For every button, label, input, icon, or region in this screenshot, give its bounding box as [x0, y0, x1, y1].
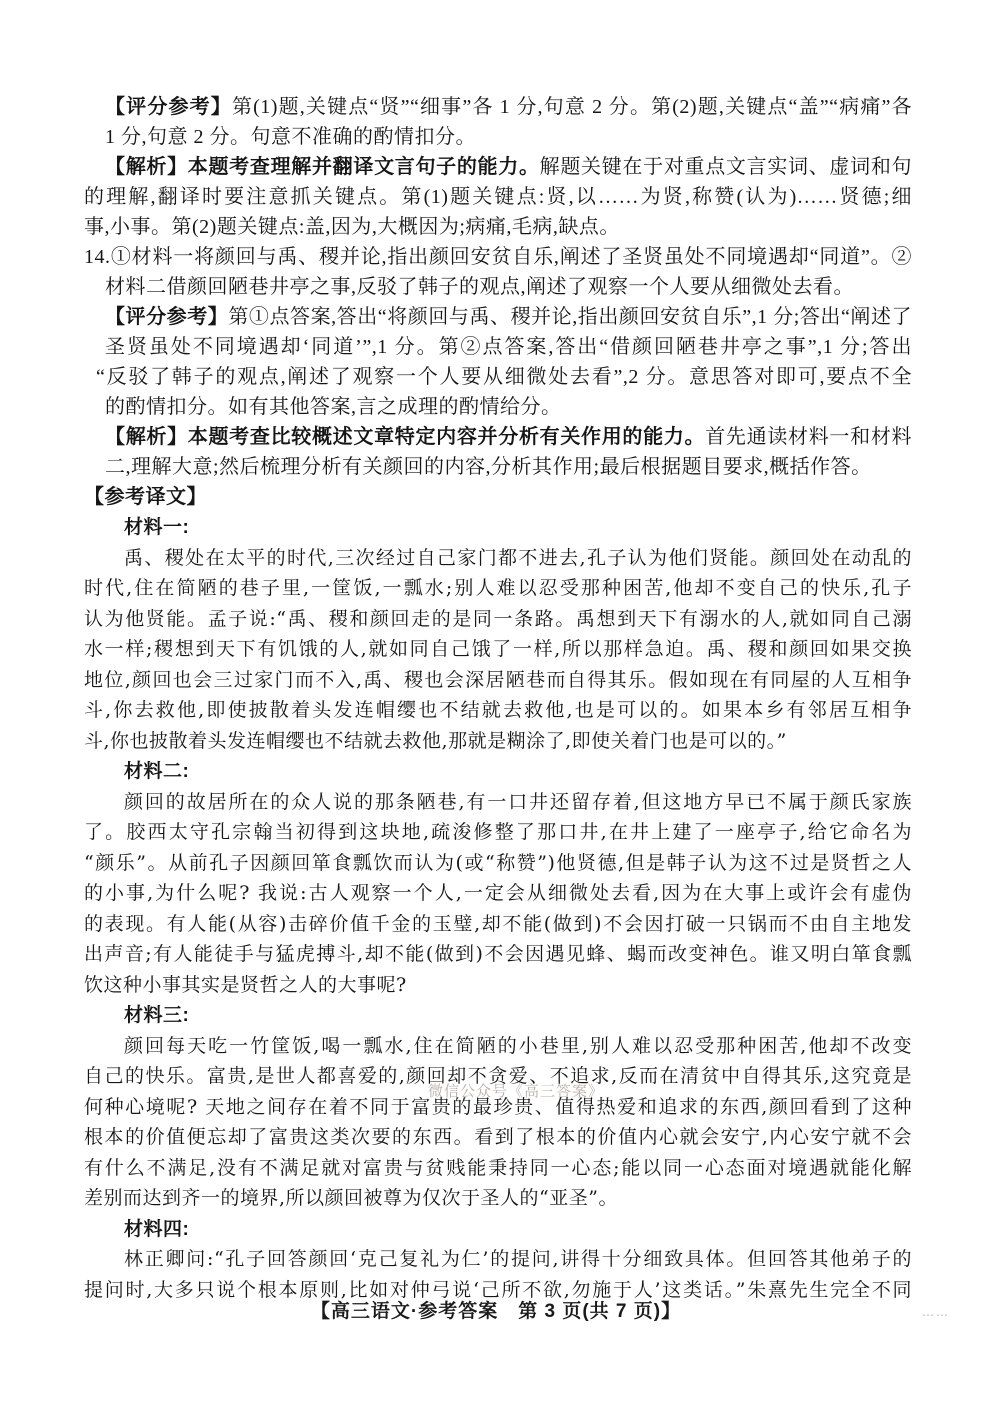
text-line: 的酌情扣分。如有其他答案,言之成理的酌情给分。 — [105, 392, 912, 422]
text-line: 的小事,为什么呢? 我说:古人观察一个人,一定会从细微处去看,因为在大事上或许会… — [84, 878, 912, 909]
text-line: 【解析】本题考查比较概述文章特定内容并分析有关作用的能力。首先通读材料一和材料 — [105, 422, 912, 452]
material-3-translation: 材料三:颜回每天吃一竹筐饭,喝一瓢水,住在简陋的小巷里,别人难以忍受那种困苦,他… — [84, 1000, 912, 1214]
text-line: 【评分参考】第①点答案,答出“将颜回与禹、稷并论,指出颜回安贫自乐”,1 分;答… — [105, 302, 912, 332]
bold-label: 【解析】本题考查比较概述文章特定内容并分析有关作用的能力。 — [105, 426, 705, 448]
bold-label: 材料三: — [124, 1005, 189, 1026]
document-page: 【评分参考】第(1)题,关键点“贤”“细事”各 1 分,句意 2 分。第(2)题… — [0, 0, 992, 1402]
q13-analysis: 【解析】本题考查理解并翻译文言句子的能力。解题关键在于对重点文言实词、虚词和句式… — [84, 152, 912, 242]
text-line: 认为他贤能。孟子说:“禹、稷和颜回走的是同一条路。禹想到天下有溺水的人,就如同自… — [84, 604, 912, 635]
text-run: 出声音;有人能徒手与猛虎搏斗,却不能(做到)不会因遇见蜂、蝎而改变神色。谁又明白… — [84, 943, 912, 965]
text-line: 出声音;有人能徒手与猛虎搏斗,却不能(做到)不会因遇见蜂、蝎而改变神色。谁又明白… — [84, 939, 912, 970]
text-run: 饮这种小事其实是贤哲之人的大事呢? — [84, 974, 407, 996]
material-2-translation: 材料二:颜回的故居所在的众人说的那条陋巷,有一口井还留存着,但这地方早已不属于颜… — [84, 756, 912, 1000]
bold-label: 材料二: — [124, 761, 189, 782]
text-run: 首先通读材料一和材料 — [705, 426, 912, 448]
text-run: 颜回每天吃一竹筐饭,喝一瓢水,住在简陋的小巷里,别人难以忍受那种困苦,他却不改变 — [124, 1035, 912, 1057]
text-run: 根本的价值便忘却了富贵这类次要的东西。看到了根本的价值内心就会安宁,内心安宁就不… — [84, 1126, 912, 1148]
text-run: 水一样;稷想到天下有饥饿的人,就如同自己饿了一样,所以那样急迫。禹、稷和颜回如果… — [84, 638, 912, 660]
text-run: 颜回的故居所在的众人说的那条陋巷,有一口井还留存着,但这地方早已不属于颜氏家族 — [124, 791, 912, 813]
text-run: 材料二借颜回陋巷井亭之事,反驳了韩子的观点,阐述了观察一个人要从细微处去看。 — [105, 276, 854, 298]
text-line: 1 分,句意 2 分。句意不准确的酌情扣分。 — [105, 122, 912, 152]
text-line: 根本的价值便忘却了富贵这类次要的东西。看到了根本的价值内心就会安宁,内心安宁就不… — [84, 1122, 912, 1153]
text-line: 地位,颜回也会三过家门而不入,禹、稷也会深居陋巷而自得其乐。假如现在有同屋的人互… — [84, 665, 912, 696]
text-line: 颜回每天吃一竹筐饭,喝一瓢水,住在简陋的小巷里,别人难以忍受那种困苦,他却不改变 — [84, 1031, 912, 1062]
text-line: 水一样;稷想到天下有饥饿的人,就如同自己饿了一样,所以那样急迫。禹、稷和颜回如果… — [84, 634, 912, 665]
bold-label: 材料一: — [124, 517, 189, 538]
text-run: 林正卿问:“孔子回答颜回‘克己复礼为仁’的提问,讲得十分细致具体。但回答其他弟子… — [124, 1248, 912, 1270]
text-run: 禹、稷处在太平的时代,三次经过自己家门都不进去,孔子认为他们贤能。颜回处在动乱的 — [124, 547, 912, 569]
text-run: 的表现。有人能(从容)击碎价值千金的玉璧,却不能(做到)不会因打破一只锅而不由自… — [84, 913, 912, 935]
bold-label: 【评分参考】 — [105, 306, 228, 328]
text-run: 的酌情扣分。如有其他答案,言之成理的酌情给分。 — [105, 396, 562, 418]
text-line: 饮这种小事其实是贤哲之人的大事呢? — [84, 970, 912, 1001]
text-line: 禹、稷处在太平的时代,三次经过自己家门都不进去,孔子认为他们贤能。颜回处在动乱的 — [84, 543, 912, 574]
text-line: 有什么不满足,没有不满足就对富贵与贫贱能秉持同一心态;能以同一心态面对境遇就能化… — [84, 1153, 912, 1184]
text-line: “颜乐”。从前孔子因颜回箪食瓢饮而认为(或“称赞”)他贤德,但是韩子认为这不过是… — [84, 848, 912, 879]
page-footer: 【高三语文·参考答案 第 3 页(共 7 页)】 — [0, 1296, 992, 1323]
text-line: 材料一: — [84, 512, 912, 543]
q14-scoring-note: 【评分参考】第①点答案,答出“将颜回与禹、稷并论,指出颜回安贫自乐”,1 分;答… — [84, 302, 912, 422]
text-run: “颜乐”。从前孔子因颜回箪食瓢饮而认为(或“称赞”)他贤德,但是韩子认为这不过是… — [84, 852, 912, 874]
text-run: “反驳了韩子的观点,阐述了观察一个人要从细微处去看”,2 分。意思答对即可,要点… — [96, 366, 912, 388]
text-run: 14.①材料一将颜回与禹、稷并论,指出颜回安贫自乐,阐述了圣贤虽处不同境遇却“同… — [84, 246, 912, 268]
text-line: 材料二借颜回陋巷井亭之事,反驳了韩子的观点,阐述了观察一个人要从细微处去看。 — [105, 272, 912, 302]
bold-label: 【解析】本题考查理解并翻译文言句子的能力。 — [105, 156, 540, 178]
text-run: 的理解,翻译时要注意抓关键点。第(1)题关键点:贤,以……为贤,称赞(认为)……… — [84, 186, 912, 208]
text-run: 了。胶西太守孔宗翰当初得到这块地,疏浚修整了那口井,在井上建了一座亭子,给它命名… — [84, 821, 912, 843]
text-line: 时代,住在简陋的巷子里,一筐饭,一瓢水;别人难以忍受那种困苦,他却不变自己的快乐… — [84, 573, 912, 604]
text-line: 的表现。有人能(从容)击碎价值千金的玉璧,却不能(做到)不会因打破一只锅而不由自… — [84, 909, 912, 940]
text-blocks: 【评分参考】第(1)题,关键点“贤”“细事”各 1 分,句意 2 分。第(2)题… — [84, 92, 912, 1305]
text-run: 地位,颜回也会三过家门而不入,禹、稷也会深居陋巷而自得其乐。假如现在有同屋的人互… — [84, 669, 912, 691]
text-line: 事,小事。第(2)题关键点:盖,因为,大概因为;病痛,毛病,缺点。 — [84, 212, 912, 242]
text-line: 材料四: — [84, 1214, 912, 1245]
text-line: 【解析】本题考查理解并翻译文言句子的能力。解题关键在于对重点文言实词、虚词和句式 — [105, 152, 912, 182]
text-line: 斗,你也披散着头发连帽缨也不结就去救他,那就是糊涂了,即使关着门也是可以的。” — [84, 726, 912, 757]
text-run: 圣贤虽处不同境遇却‘同道’”,1 分。第②点答案,答出“借颜回陋巷井亭之事”,1… — [105, 336, 912, 358]
text-run: 的小事,为什么呢? 我说:古人观察一个人,一定会从细微处去看,因为在大事上或许会… — [84, 882, 912, 904]
text-run: 差别而达到齐一的境界,所以颜回被尊为仅次于圣人的“亚圣”。 — [84, 1187, 618, 1209]
text-line: “反驳了韩子的观点,阐述了观察一个人要从细微处去看”,2 分。意思答对即可,要点… — [96, 362, 912, 392]
text-run: 1 分,句意 2 分。句意不准确的酌情扣分。 — [105, 126, 476, 148]
text-line: 颜回的故居所在的众人说的那条陋巷,有一口井还留存着,但这地方早已不属于颜氏家族 — [84, 787, 912, 818]
text-line: 材料三: — [84, 1000, 912, 1031]
text-run: 斗,你也披散着头发连帽缨也不结就去救他,那就是糊涂了,即使关着门也是可以的。” — [84, 730, 787, 752]
text-run: 第(1)题,关键点“贤”“细事”各 1 分,句意 2 分。第(2)题,关键点“盖… — [232, 96, 912, 118]
text-run: 事,小事。第(2)题关键点:盖,因为,大概因为;病痛,毛病,缺点。 — [84, 216, 620, 238]
reference-translation-heading: 【参考译文】 — [84, 482, 912, 512]
text-line: 二,理解大意;然后梳理分析有关颜回的内容,分析其作用;最后根据题目要求,概括作答… — [105, 452, 912, 482]
text-run: 有什么不满足,没有不满足就对富贵与贫贱能秉持同一心态;能以同一心态面对境遇就能化… — [84, 1157, 912, 1179]
bold-label: 材料四: — [124, 1219, 189, 1240]
text-line: 【参考译文】 — [84, 482, 912, 512]
text-line: 了。胶西太守孔宗翰当初得到这块地,疏浚修整了那口井,在井上建了一座亭子,给它命名… — [84, 817, 912, 848]
text-run: 斗,你去救他,即使披散着头发连帽缨也不结就去救他,也是可以的。如果本乡有邻居互相… — [84, 699, 912, 721]
material-4-translation: 材料四:林正卿问:“孔子回答颜回‘克己复礼为仁’的提问,讲得十分细致具体。但回答… — [84, 1214, 912, 1306]
bold-label: 【评分参考】 — [105, 96, 232, 118]
bold-label: 【参考译文】 — [84, 486, 207, 508]
scan-artifact: ⋯⋯ — [922, 1308, 950, 1323]
text-line: 差别而达到齐一的境界,所以颜回被尊为仅次于圣人的“亚圣”。 — [84, 1183, 912, 1214]
text-line: 圣贤虽处不同境遇却‘同道’”,1 分。第②点答案,答出“借颜回陋巷井亭之事”,1… — [105, 332, 912, 362]
material-1-translation: 材料一:禹、稷处在太平的时代,三次经过自己家门都不进去,孔子认为他们贤能。颜回处… — [84, 512, 912, 756]
text-run: 二,理解大意;然后梳理分析有关颜回的内容,分析其作用;最后根据题目要求,概括作答… — [105, 456, 872, 478]
text-line: 的理解,翻译时要注意抓关键点。第(1)题关键点:贤,以……为贤,称赞(认为)……… — [84, 182, 912, 212]
watermark: 微信公众号《高三答案》 — [428, 1080, 604, 1101]
q14-answer: 14.①材料一将颜回与禹、稷并论,指出颜回安贫自乐,阐述了圣贤虽处不同境遇却“同… — [84, 242, 912, 302]
text-run: 第①点答案,答出“将颜回与禹、稷并论,指出颜回安贫自乐”,1 分;答出“阐述了 — [228, 306, 912, 328]
text-run: 认为他贤能。孟子说:“禹、稷和颜回走的是同一条路。禹想到天下有溺水的人,就如同自… — [84, 608, 912, 630]
text-line: 林正卿问:“孔子回答颜回‘克己复礼为仁’的提问,讲得十分细致具体。但回答其他弟子… — [84, 1244, 912, 1275]
text-line: 14.①材料一将颜回与禹、稷并论,指出颜回安贫自乐,阐述了圣贤虽处不同境遇却“同… — [84, 242, 912, 272]
text-line: 斗,你去救他,即使披散着头发连帽缨也不结就去救他,也是可以的。如果本乡有邻居互相… — [84, 695, 912, 726]
text-run: 时代,住在简陋的巷子里,一筐饭,一瓢水;别人难以忍受那种困苦,他却不变自己的快乐… — [84, 577, 912, 599]
q14-analysis: 【解析】本题考查比较概述文章特定内容并分析有关作用的能力。首先通读材料一和材料二… — [84, 422, 912, 482]
text-line: 【评分参考】第(1)题,关键点“贤”“细事”各 1 分,句意 2 分。第(2)题… — [105, 92, 912, 122]
text-line: 材料二: — [84, 756, 912, 787]
q13-scoring-note: 【评分参考】第(1)题,关键点“贤”“细事”各 1 分,句意 2 分。第(2)题… — [84, 92, 912, 152]
